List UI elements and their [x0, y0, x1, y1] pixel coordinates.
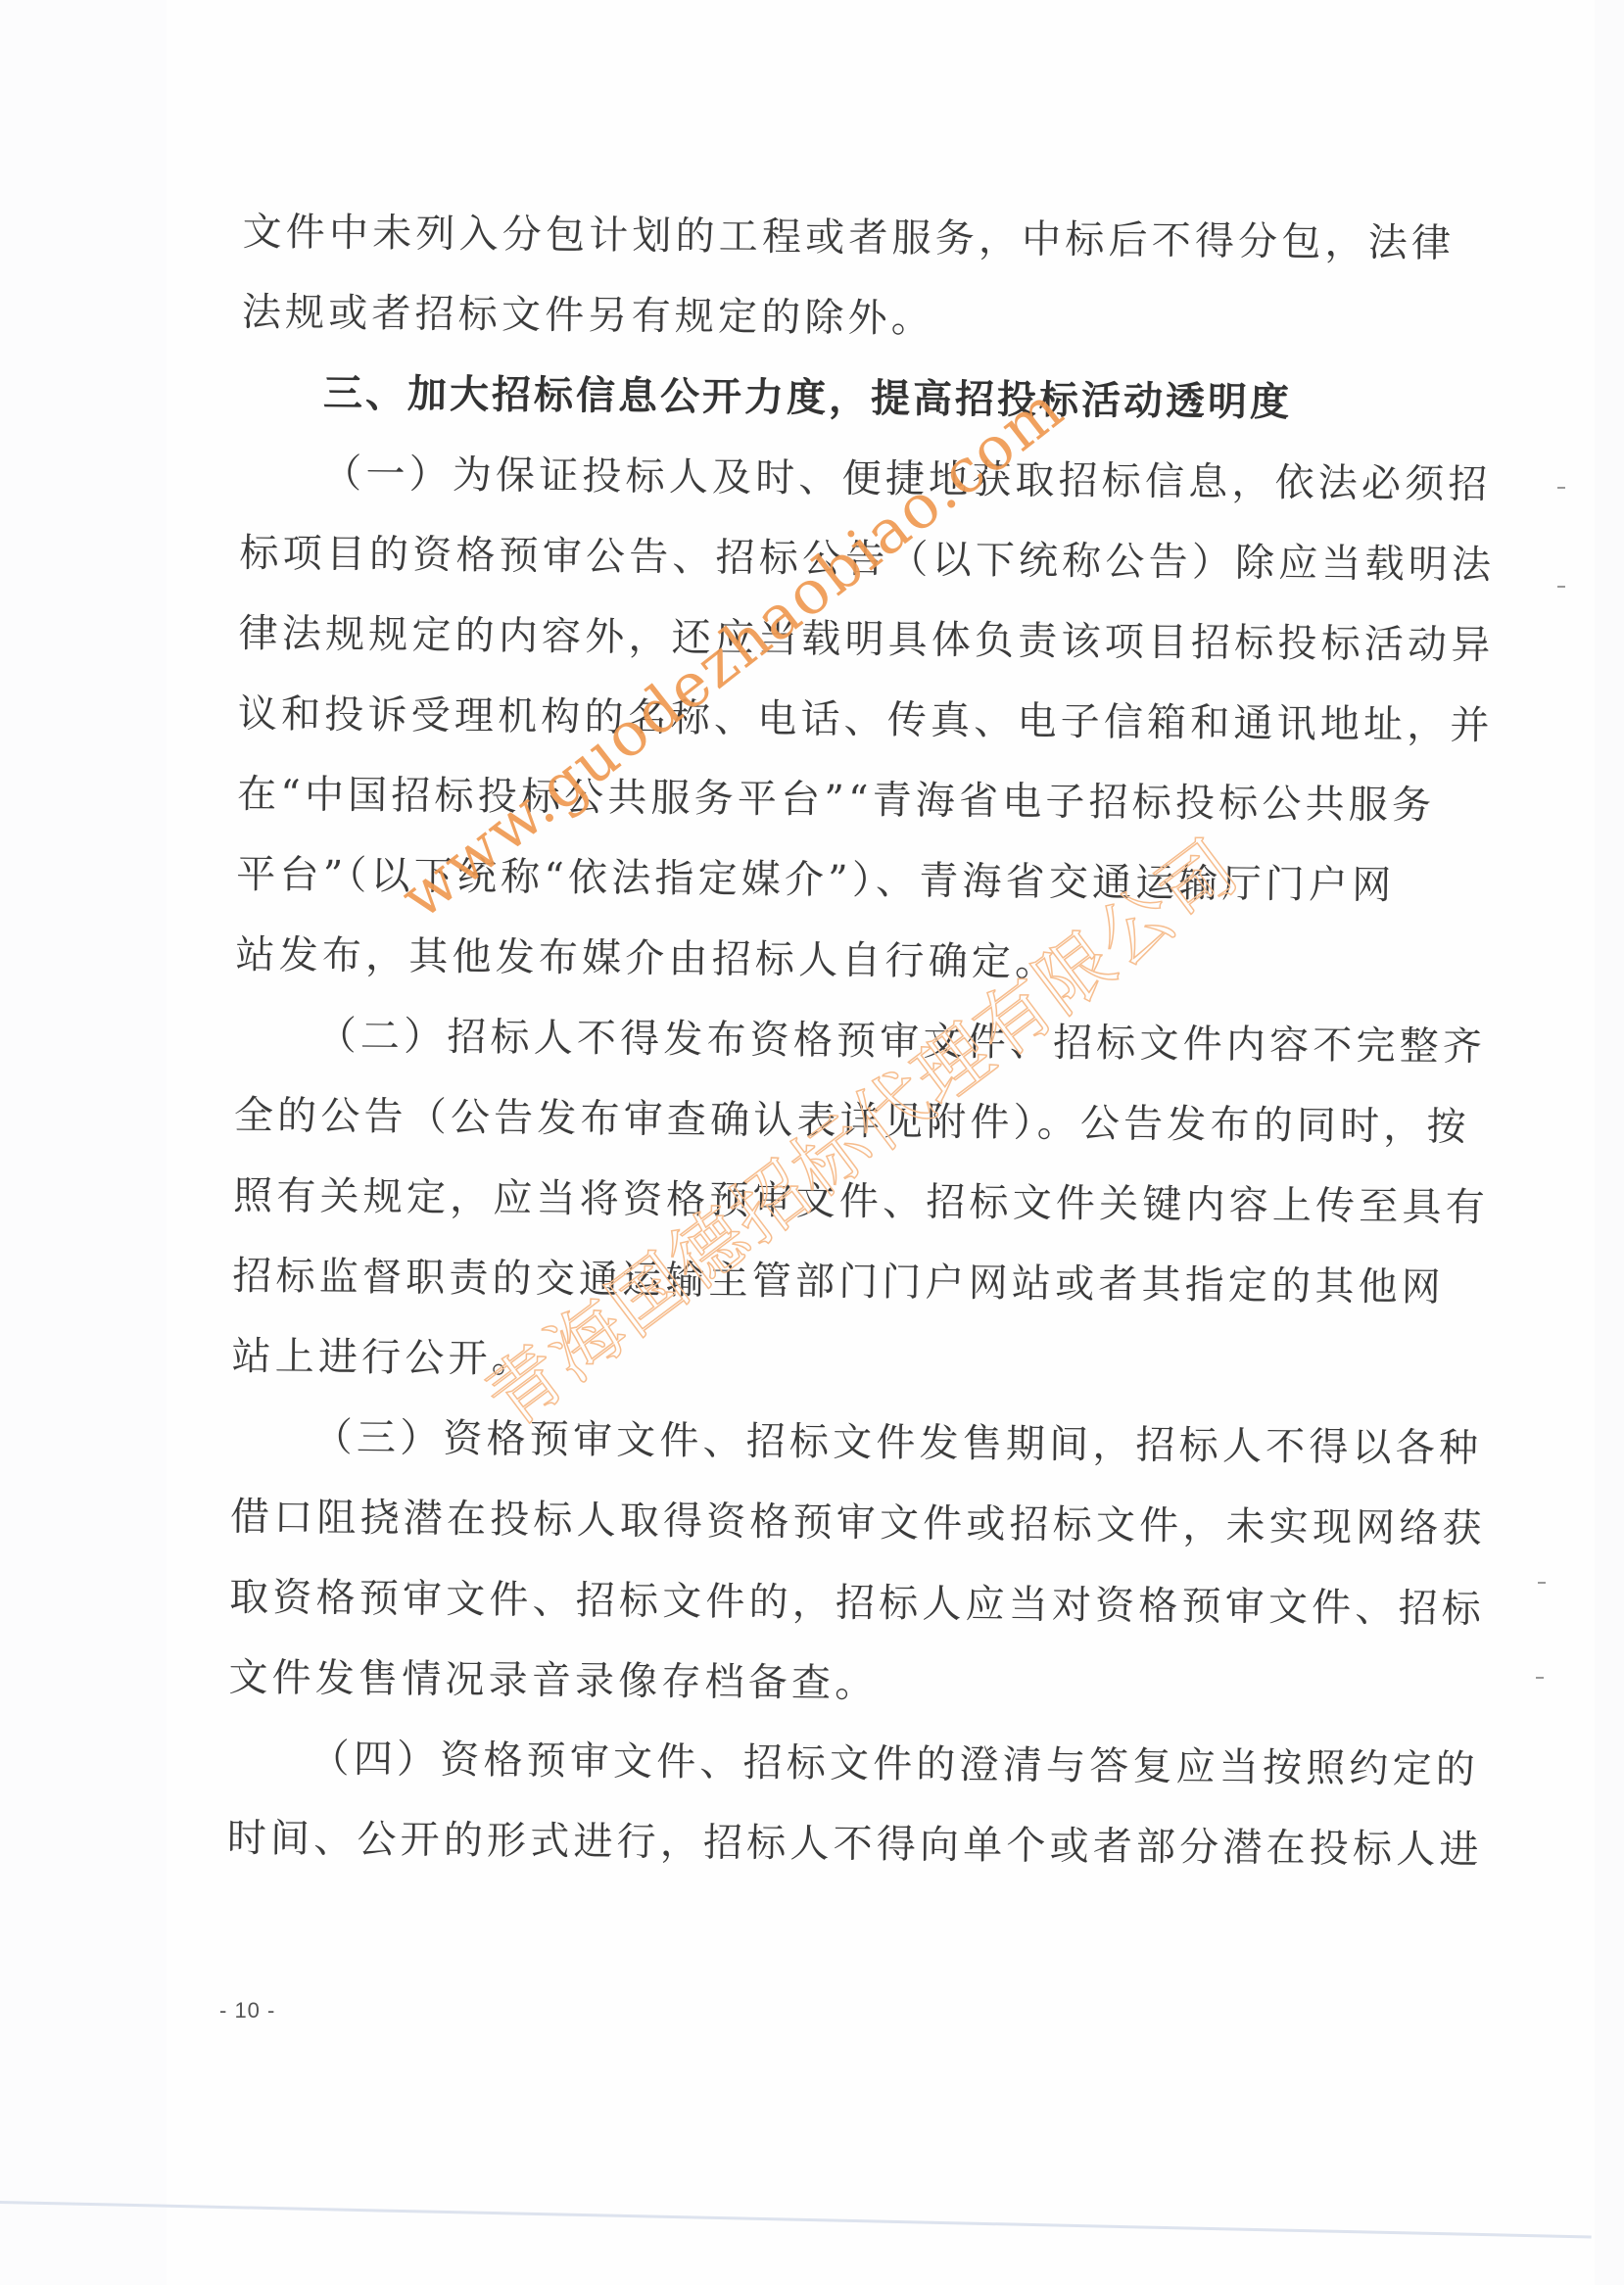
scan-mark	[1557, 487, 1565, 489]
scan-mark	[1557, 586, 1565, 588]
text-line: 照有关规定，应当将资格预审文件、招标文件关键内容上传至具有	[233, 1156, 1402, 1247]
text-line: 律法规规定的内容外，还应当载明具体负责该项目招标投标活动异	[238, 594, 1407, 685]
scan-edge-left	[0, 0, 167, 2285]
text-line: 在“中国招标投标公共服务平台”“青海省电子招标投标公共服务	[237, 754, 1406, 845]
text-line: 借口阻挠潜在投标人取得资格预审文件或招标文件，未实现网络获	[230, 1477, 1399, 1568]
document-body: 文件中未列入分包计划的工程或者服务，中标后不得分包，法律 法规或者招标文件另有规…	[226, 192, 1409, 1889]
text-line: 站上进行公开。	[231, 1316, 1400, 1407]
section-heading: 三、加大招标信息公开力度，提高招投标活动透明度	[241, 353, 1409, 444]
text-line: 法规或者招标文件另有规定的除外。	[241, 272, 1409, 363]
paragraph-start: （一）为保证投标人及时、便捷地获取招标信息，依法必须招	[240, 433, 1409, 524]
paragraph-start: （二）招标人不得发布资格预审文件、招标文件内容不完整齐	[234, 995, 1403, 1086]
text-line: 全的公告（公告发布审查确认表详见附件）。公告发布的同时，按	[234, 1075, 1403, 1166]
scan-edge-right	[1595, 0, 1624, 2285]
text-line: 站发布，其他发布媒介由招标人自行确定。	[235, 915, 1404, 1006]
page-number: - 10 -	[219, 1998, 275, 2023]
text-line: 文件中未列入分包计划的工程或者服务，中标后不得分包，法律	[242, 192, 1410, 283]
text-line: 时间、公开的形式进行，招标人不得向单个或者部分潜在投标人进	[226, 1798, 1395, 1889]
text-line: 标项目的资格预审公告、招标公告（以下统称公告）除应当载明法	[239, 513, 1408, 604]
text-line: 文件发售情况录音录像存档备查。	[228, 1638, 1397, 1729]
text-line: 取资格预审文件、招标文件的，招标人应当对资格预审文件、招标	[229, 1557, 1398, 1648]
paragraph-start: （四）资格预审文件、招标文件的澄清与答复应当按照约定的	[227, 1718, 1396, 1809]
text-line: 议和投诉受理机构的名称、电话、传真、电子信箱和通讯地址，并	[237, 674, 1406, 765]
text-line: 招标监督职责的交通运输主管部门门户网站或者其指定的其他网	[232, 1236, 1401, 1327]
scan-bottom-edge	[0, 2201, 1592, 2238]
paragraph-start: （三）资格预审文件、招标文件发售期间，招标人不得以各种	[230, 1397, 1399, 1488]
scan-mark	[1536, 1677, 1544, 1679]
text-line: 平台”（以下统称“依法指定媒介”）、青海省交通运输厅门户网	[236, 834, 1405, 926]
scanned-page: 文件中未列入分包计划的工程或者服务，中标后不得分包，法律 法规或者招标文件另有规…	[0, 0, 1624, 2285]
scan-mark	[1538, 1582, 1546, 1584]
